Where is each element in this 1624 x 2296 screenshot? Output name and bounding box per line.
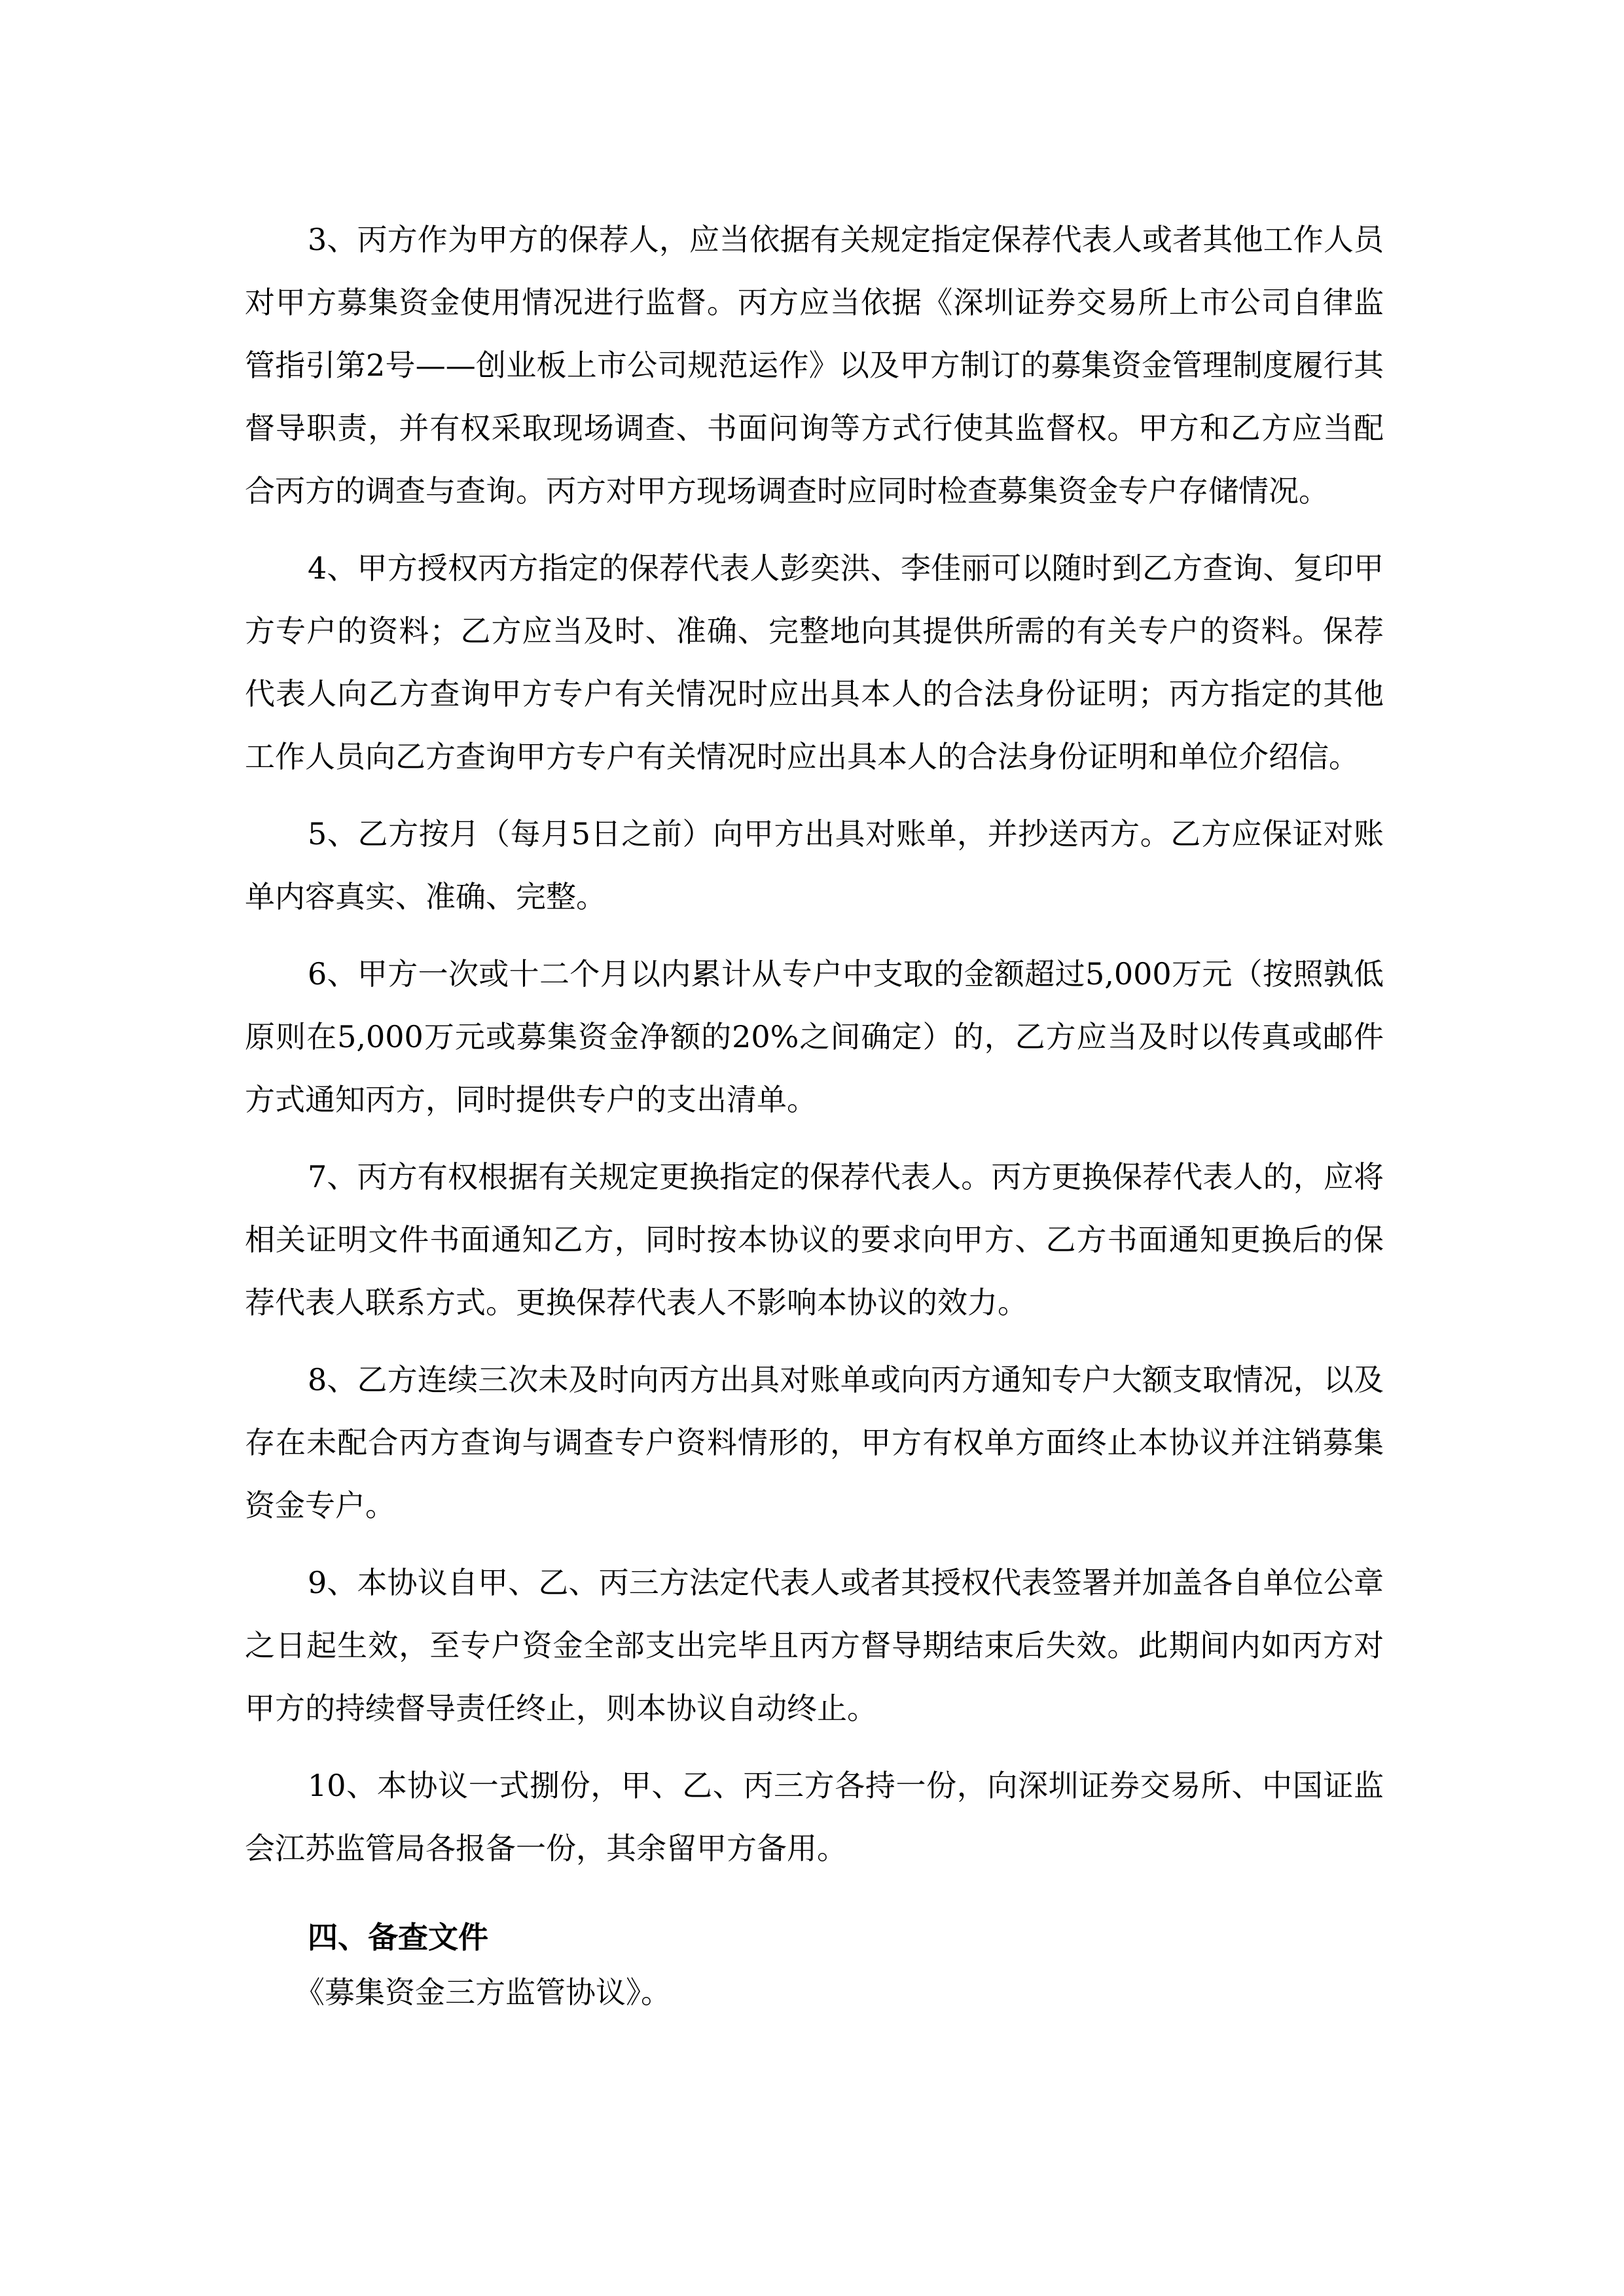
section-heading-reference-documents: 四、备查文件 <box>245 1911 1384 1964</box>
clause-3-paragraph: 3、丙方作为甲方的保荐人，应当依据有关规定指定保荐代表人或者其他工作人员对甲方募… <box>245 208 1384 522</box>
clause-7-paragraph: 7、丙方有权根据有关规定更换指定的保荐代表人。丙方更换保荐代表人的，应将相关证明… <box>245 1145 1384 1334</box>
clause-9-paragraph: 9、本协议自甲、乙、丙三方法定代表人或者其授权代表签署并加盖各自单位公章之日起生… <box>245 1551 1384 1740</box>
reference-document-title: 《募集资金三方监管协议》。 <box>245 1966 1384 2018</box>
clause-5-paragraph: 5、乙方按月（每月5日之前）向甲方出具对账单，并抄送丙方。乙方应保证对账单内容真… <box>245 802 1384 928</box>
clause-6-paragraph: 6、甲方一次或十二个月以内累计从专户中支取的金额超过5,000万元（按照孰低原则… <box>245 942 1384 1131</box>
clause-4-paragraph: 4、甲方授权丙方指定的保荐代表人彭奕洪、李佳丽可以随时到乙方查询、复印甲方专户的… <box>245 537 1384 788</box>
clause-8-paragraph: 8、乙方连续三次未及时向丙方出具对账单或向丙方通知专户大额支取情况，以及存在未配… <box>245 1348 1384 1537</box>
document-body: 3、丙方作为甲方的保荐人，应当依据有关规定指定保荐代表人或者其他工作人员对甲方募… <box>245 208 1384 2018</box>
document-page: 3、丙方作为甲方的保荐人，应当依据有关规定指定保荐代表人或者其他工作人员对甲方募… <box>0 0 1624 2296</box>
clause-10-paragraph: 10、本协议一式捌份，甲、乙、丙三方各持一份，向深圳证券交易所、中国证监会江苏监… <box>245 1754 1384 1880</box>
